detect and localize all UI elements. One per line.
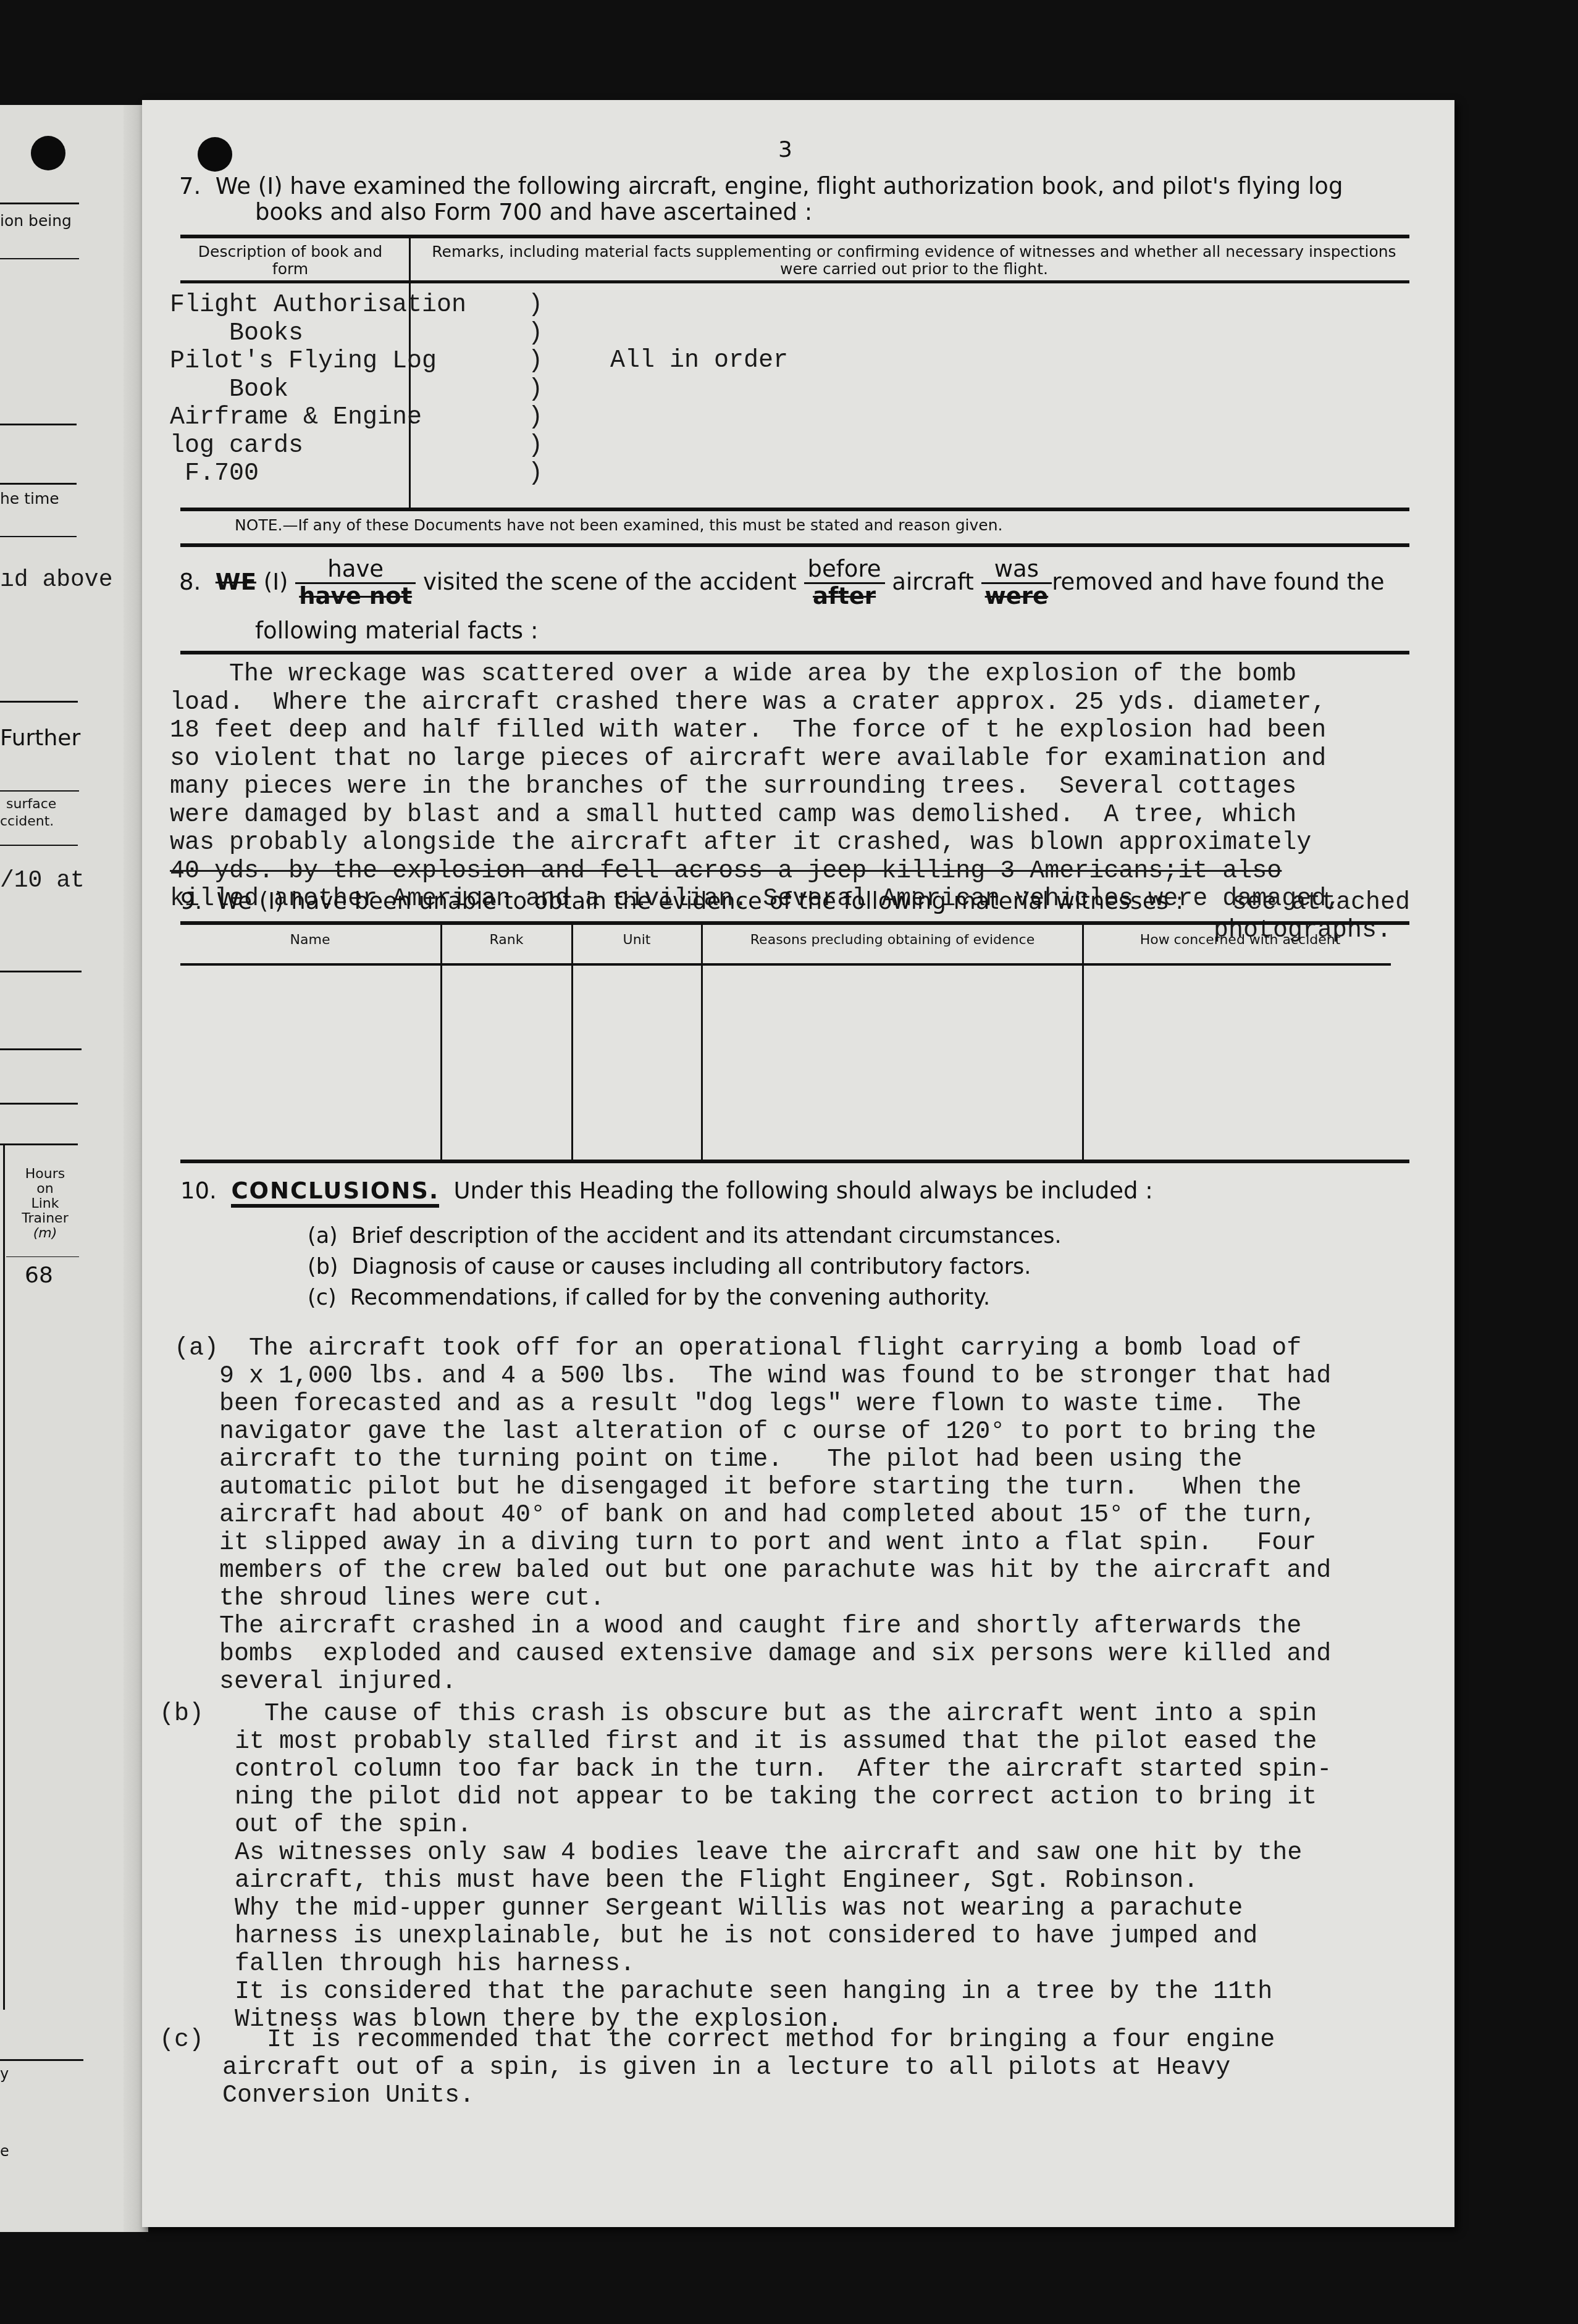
- punch-hole: [31, 136, 65, 170]
- struck-we: WE: [216, 569, 256, 595]
- conclusions-guidance: (a) Brief description of the accident an…: [308, 1221, 1062, 1313]
- left-fragment: ccident.: [0, 814, 54, 829]
- section-rule: [180, 543, 1409, 547]
- page-number: 3: [778, 137, 792, 162]
- punch-hole: [198, 137, 232, 172]
- divider: [0, 845, 78, 846]
- conclusion-c: It is recommended that the correct metho…: [222, 2026, 1275, 2110]
- left-fragment: ıd above: [0, 567, 112, 593]
- conclusion-a: The aircraft took off for an operational…: [219, 1335, 1331, 1696]
- table-top-rule: [180, 921, 1409, 925]
- divider: [0, 701, 78, 703]
- remarks-value: All in order: [610, 347, 788, 375]
- col-header-unit: Unit: [573, 932, 701, 948]
- material-facts: The wreckage was scattered over a wide a…: [170, 661, 1341, 914]
- divider: [0, 536, 77, 537]
- conclusions-heading: CONCLUSIONS.: [231, 1177, 439, 1208]
- label-b: (b): [159, 1700, 204, 1728]
- table-column-divider: [571, 925, 573, 1160]
- section8-line1: 8. WE (I) havehave not visited the scene…: [179, 557, 1384, 609]
- section9-heading: 9. We (I) have been unable to obtain the…: [180, 888, 1183, 914]
- link-trainer-header: Hours on Link Trainer (m): [11, 1167, 79, 1241]
- left-fragment: he time: [0, 490, 59, 508]
- was-choice: waswere: [981, 557, 1052, 609]
- left-fragment: Further: [0, 725, 80, 751]
- divider: [0, 483, 77, 485]
- col-header-reasons: Reasons precluding obtaining of evidence: [704, 932, 1081, 948]
- table-bottom-rule: [180, 1160, 1409, 1163]
- divider: [0, 203, 79, 204]
- left-fragment: e: [0, 2142, 9, 2160]
- table-border: [3, 1145, 5, 2010]
- left-fragment: surface: [6, 796, 56, 812]
- divider: [0, 424, 77, 425]
- col-header-remarks: Remarks, including material facts supple…: [423, 243, 1405, 278]
- table-header-rule: [180, 963, 1391, 966]
- left-fragment: ion being: [0, 212, 72, 230]
- divider: [0, 790, 79, 792]
- brace: ))))))): [528, 291, 543, 488]
- report-page: 3 7. We (I) have examined the following …: [142, 100, 1454, 2227]
- section8-line2: following material facts :: [255, 617, 538, 644]
- divider: [0, 2059, 83, 2061]
- conclusion-b: The cause of this crash is obscure but a…: [235, 1700, 1332, 2034]
- divider: [0, 1048, 82, 1050]
- divider: [6, 1256, 79, 1257]
- label-a: (a): [174, 1335, 219, 1363]
- note-text: NOTE.—If any of these Documents have not…: [235, 516, 1002, 534]
- table-column-divider: [1082, 925, 1084, 1160]
- have-choice: havehave not: [295, 557, 416, 609]
- section7-line1: 7. We (I) have examined the following ai…: [179, 173, 1343, 199]
- section7-line2: books and also Form 700 and have ascerta…: [255, 199, 812, 225]
- col-header-rank: Rank: [442, 932, 571, 948]
- col-header-name: Name: [180, 932, 440, 948]
- link-trainer-hours: 68: [25, 1263, 53, 1288]
- divider: [0, 258, 79, 259]
- divider: [0, 971, 82, 972]
- before-choice: beforeafter: [804, 557, 885, 609]
- table-header-rule: [180, 280, 1409, 283]
- col-header-how-concerned: How concerned with accident: [1086, 932, 1395, 948]
- table-column-divider: [440, 925, 442, 1160]
- left-fragment: y: [0, 2065, 9, 2083]
- section-number: 7.: [179, 173, 201, 199]
- section10-heading: 10. CONCLUSIONS. Under this Heading the …: [180, 1177, 1153, 1204]
- section-rule: [180, 651, 1409, 654]
- label-c: (c): [159, 2026, 204, 2054]
- left-fragment: /10 at: [0, 867, 85, 894]
- col-header-description: Description of book and form: [191, 243, 389, 278]
- divider: [0, 1103, 78, 1105]
- table-column-divider: [701, 925, 703, 1160]
- table-top-rule: [180, 235, 1409, 238]
- document-list: Flight Authorisation BooksPilot's Flying…: [170, 291, 466, 488]
- table-bottom-rule: [180, 508, 1409, 511]
- divider: [0, 1143, 78, 1145]
